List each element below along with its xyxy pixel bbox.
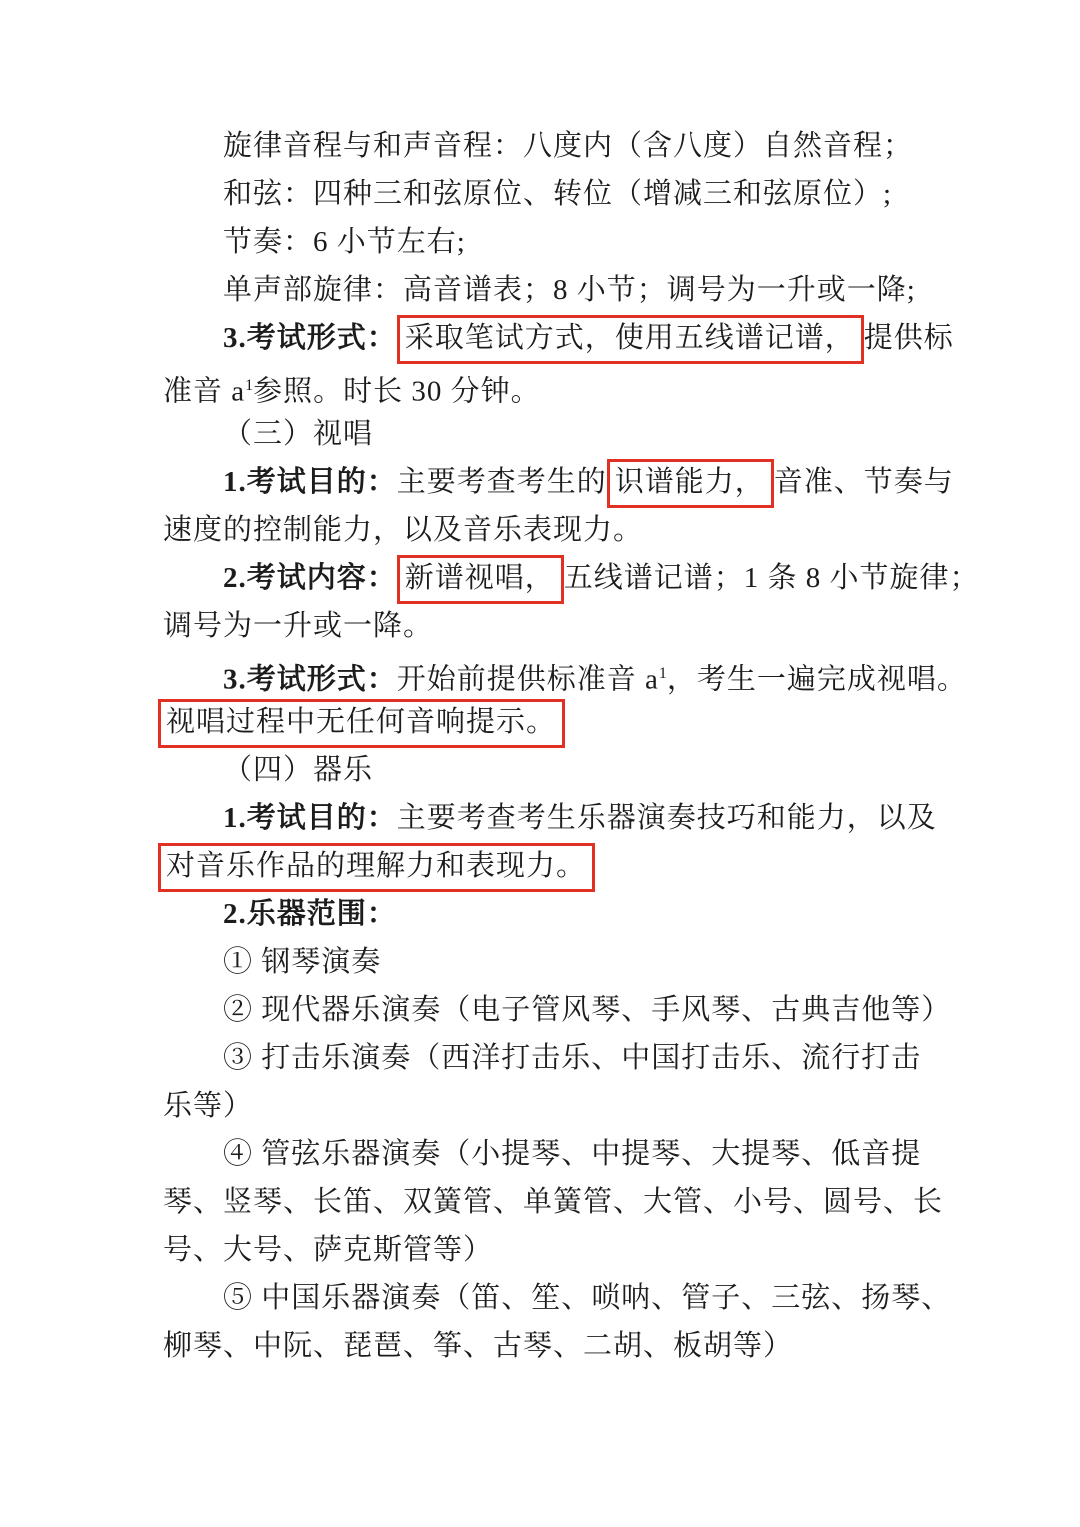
text-line: 调号为一升或一降。 <box>163 602 950 650</box>
text-line: 3.考试形式：开始前提供标准音 a1，考生一遍完成视唱。 <box>163 650 950 698</box>
text-segment: 主要考查考生的 <box>397 466 607 498</box>
text-line: （四）器乐 <box>163 746 950 794</box>
text-line: 2.乐器范围： <box>163 890 950 938</box>
document-body: 旋律音程与和声音程：八度内（含八度）自然音程；和弦：四种三和弦原位、转位（增减三… <box>163 122 950 1370</box>
highlight-box: 采取笔试方式，使用五线谱记谱， <box>397 315 864 364</box>
text-line: 1.考试目的：主要考查考生的识谱能力，音准、节奏与 <box>163 458 950 506</box>
text-line: 2.考试内容：新谱视唱，五线谱记谱；1 条 8 小节旋律； <box>163 554 950 602</box>
document-page: 旋律音程与和声音程：八度内（含八度）自然音程；和弦：四种三和弦原位、转位（增减三… <box>0 0 1080 1527</box>
text-line: 视唱过程中无任何音响提示。 <box>163 698 950 746</box>
highlight-box: 视唱过程中无任何音响提示。 <box>158 699 565 748</box>
text-line: 旋律音程与和声音程：八度内（含八度）自然音程； <box>163 122 950 170</box>
text-segment: 乐等） <box>163 1090 253 1122</box>
text-segment: （三）视唱 <box>223 418 373 450</box>
text-segment: 准音 a <box>163 376 245 408</box>
highlight-box: 新谱视唱， <box>397 555 564 604</box>
text-segment: 速度的控制能力，以及音乐表现力。 <box>163 514 643 546</box>
text-segment: 柳琴、中阮、琵琶、筝、古琴、二胡、板胡等） <box>163 1330 793 1362</box>
text-line: 琴、竖琴、长笛、双簧管、单簧管、大管、小号、圆号、长 <box>163 1178 950 1226</box>
text-line: ⑤ 中国乐器演奏（笛、笙、唢呐、管子、三弦、扬琴、 <box>163 1274 950 1322</box>
superscript: 1 <box>659 665 667 682</box>
text-segment: ④ 管弦乐器演奏（小提琴、中提琴、大提琴、低音提 <box>223 1138 921 1170</box>
text-line: ④ 管弦乐器演奏（小提琴、中提琴、大提琴、低音提 <box>163 1130 950 1178</box>
bold-label: 2.考试内容： <box>223 562 397 594</box>
text-segment: 和弦：四种三和弦原位、转位（增减三和弦原位）; <box>223 178 892 210</box>
text-line: 号、大号、萨克斯管等） <box>163 1226 950 1274</box>
text-line: 1.考试目的：主要考查考生乐器演奏技巧和能力，以及 <box>163 794 950 842</box>
text-line: 乐等） <box>163 1082 950 1130</box>
text-line: 3.考试形式：采取笔试方式，使用五线谱记谱，提供标 <box>163 314 950 362</box>
text-line: 柳琴、中阮、琵琶、筝、古琴、二胡、板胡等） <box>163 1322 950 1370</box>
text-segment: 单声部旋律：高音谱表；8 小节；调号为一升或一降; <box>223 274 916 306</box>
superscript: 1 <box>245 377 253 394</box>
text-segment: 琴、竖琴、长笛、双簧管、单簧管、大管、小号、圆号、长 <box>163 1186 943 1218</box>
text-segment: 开始前提供标准音 a <box>397 664 659 696</box>
text-line: （三）视唱 <box>163 410 950 458</box>
text-segment: 旋律音程与和声音程：八度内（含八度）自然音程； <box>223 130 913 162</box>
text-line: 和弦：四种三和弦原位、转位（增减三和弦原位）; <box>163 170 950 218</box>
highlight-box: 识谱能力， <box>607 459 774 508</box>
text-segment: ③ 打击乐演奏（西洋打击乐、中国打击乐、流行打击 <box>223 1042 921 1074</box>
text-segment: 提供标 <box>864 322 954 354</box>
text-segment: 号、大号、萨克斯管等） <box>163 1234 493 1266</box>
bold-label: 2.乐器范围： <box>223 898 397 930</box>
text-line: ③ 打击乐演奏（西洋打击乐、中国打击乐、流行打击 <box>163 1034 950 1082</box>
bold-label: 3.考试形式： <box>223 322 397 354</box>
text-line: 单声部旋律：高音谱表；8 小节；调号为一升或一降; <box>163 266 950 314</box>
text-line: 节奏：6 小节左右; <box>163 218 950 266</box>
bold-label: 1.考试目的： <box>223 802 397 834</box>
text-segment: ② 现代器乐演奏（电子管风琴、手风琴、古典吉他等） <box>223 994 951 1026</box>
text-line: 准音 a1参照。时长 30 分钟。 <box>163 362 950 410</box>
text-segment: 五线谱记谱；1 条 8 小节旋律； <box>564 562 980 594</box>
text-segment: （四）器乐 <box>223 754 373 786</box>
text-line: ② 现代器乐演奏（电子管风琴、手风琴、古典吉他等） <box>163 986 950 1034</box>
highlight-box: 对音乐作品的理解力和表现力。 <box>158 843 595 892</box>
text-segment: 调号为一升或一降。 <box>163 610 433 642</box>
bold-label: 3.考试形式： <box>223 664 397 696</box>
text-segment: 音准、节奏与 <box>774 466 954 498</box>
bold-label: 1.考试目的： <box>223 466 397 498</box>
text-line: 速度的控制能力，以及音乐表现力。 <box>163 506 950 554</box>
text-segment: 节奏：6 小节左右; <box>223 226 466 258</box>
text-segment: ① 钢琴演奏 <box>223 946 381 978</box>
text-segment: ，考生一遍完成视唱。 <box>667 664 967 696</box>
text-line: 对音乐作品的理解力和表现力。 <box>163 842 950 890</box>
text-line: ① 钢琴演奏 <box>163 938 950 986</box>
text-segment: ⑤ 中国乐器演奏（笛、笙、唢呐、管子、三弦、扬琴、 <box>223 1282 951 1314</box>
text-segment: 主要考查考生乐器演奏技巧和能力，以及 <box>397 802 937 834</box>
text-segment: 参照。时长 30 分钟。 <box>253 376 541 408</box>
